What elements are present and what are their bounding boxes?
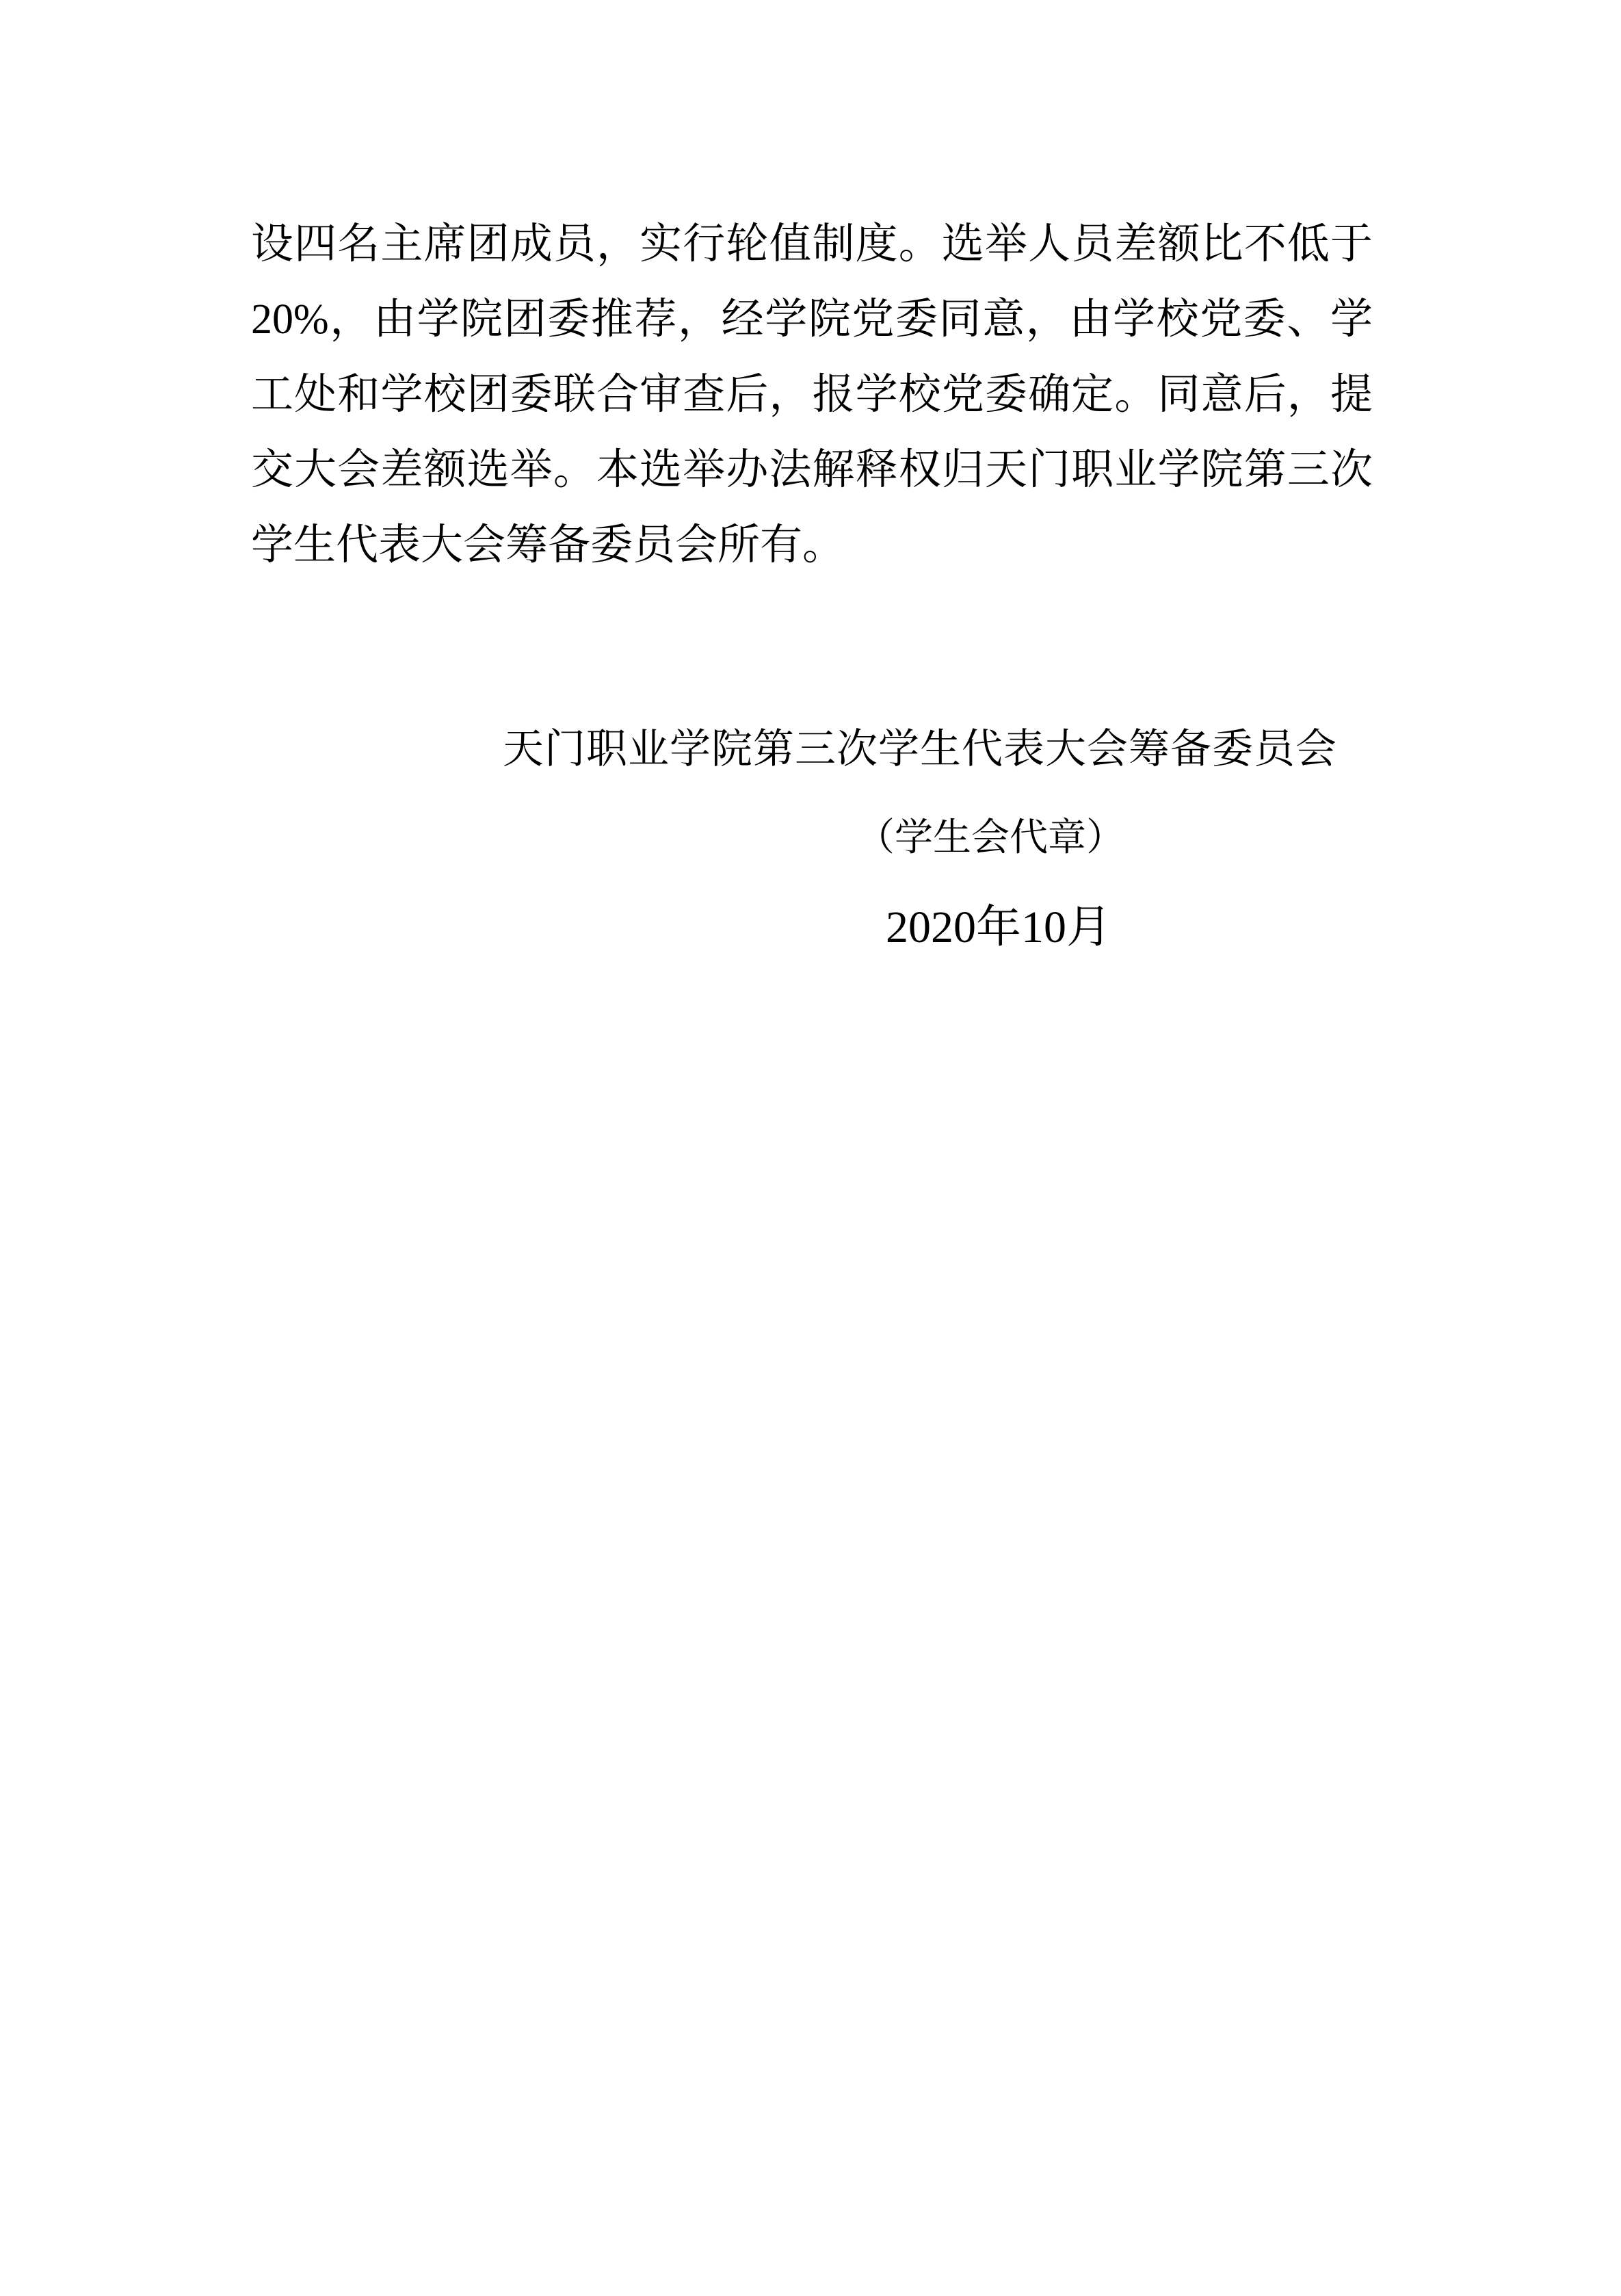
body-text-line: 工处和学校团委联合审查后，报学校党委确定。同意后，提 bbox=[251, 357, 1373, 432]
body-paragraph: 设四名主席团成员，实行轮值制度。选举人员差额比不低于 20%，由学院团委推荐，经… bbox=[251, 207, 1373, 583]
signature-organization: 天门职业学院第三次学生代表大会筹备委员会 bbox=[503, 728, 1337, 770]
body-text-line: 20%，由学院团委推荐，经学院党委同意，由学校党委、学 bbox=[251, 282, 1373, 357]
body-text-line: 学生代表大会筹备委员会所有。 bbox=[251, 508, 1373, 583]
document-page: 设四名主席团成员，实行轮值制度。选举人员差额比不低于 20%，由学院团委推荐，经… bbox=[0, 0, 1621, 2296]
signature-seal-note: （学生会代章） bbox=[856, 818, 1124, 858]
signature-date: 2020年10月 bbox=[886, 904, 1111, 951]
body-text-line: 设四名主席团成员，实行轮值制度。选举人员差额比不低于 bbox=[251, 207, 1373, 282]
body-text-line: 交大会差额选举。本选举办法解释权归天门职业学院第三次 bbox=[251, 432, 1373, 508]
